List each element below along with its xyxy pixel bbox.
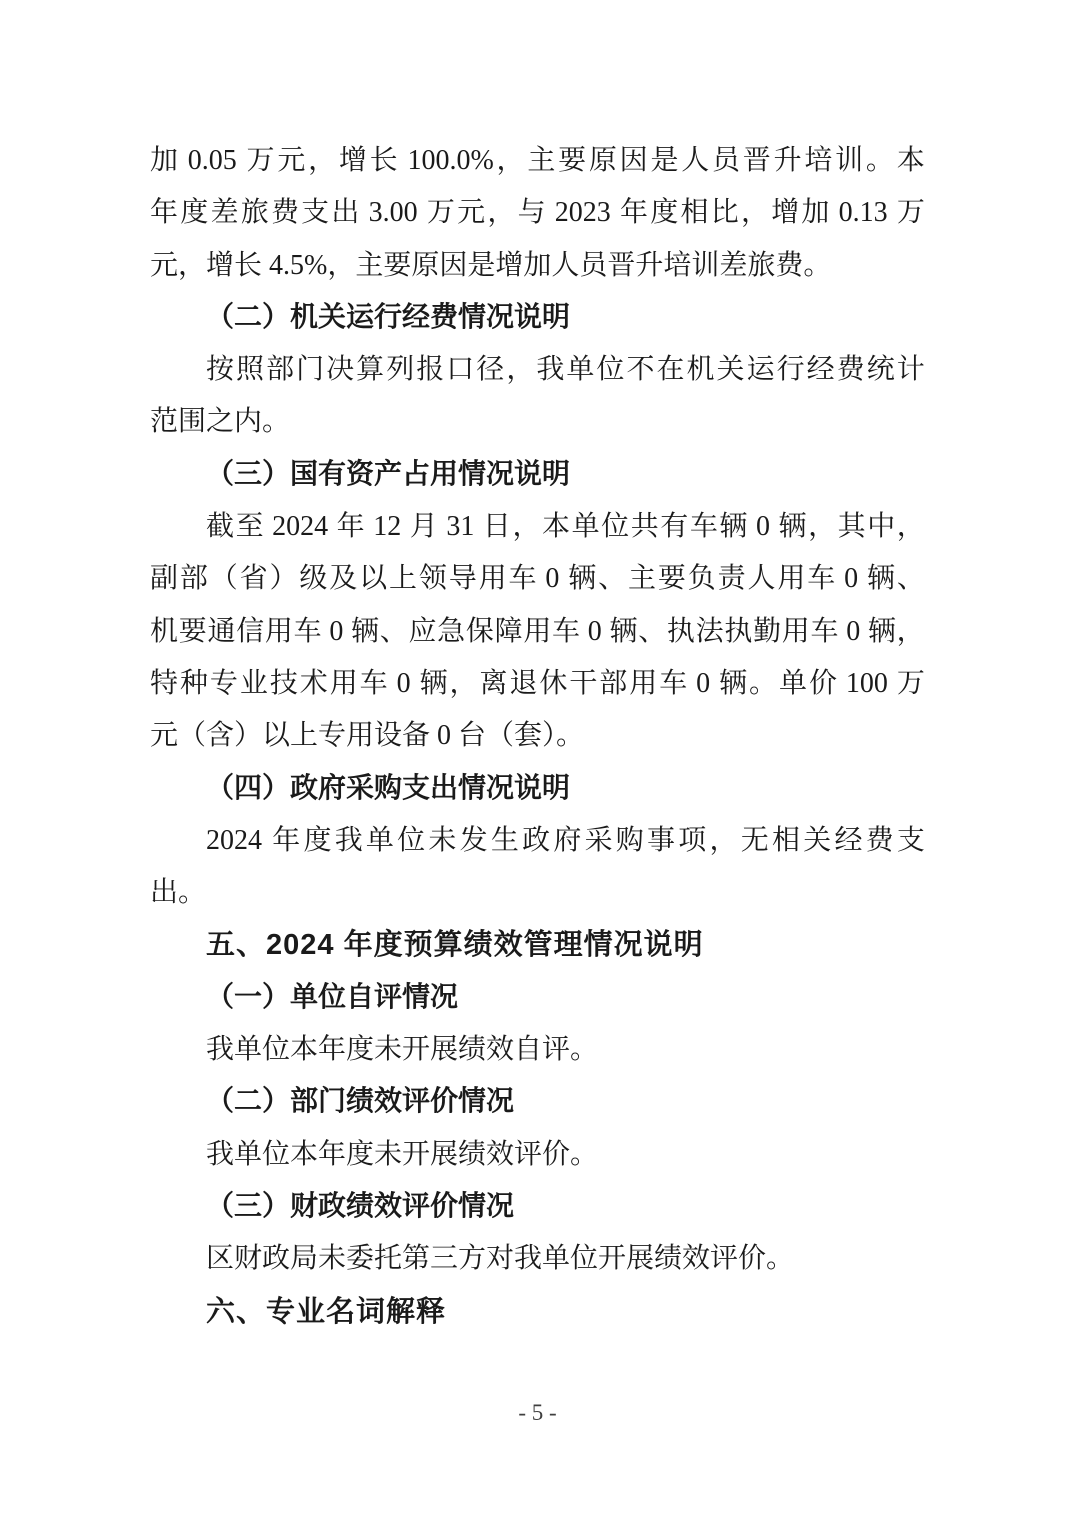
paragraph-line: 机要通信用车 0 辆、应急保障用车 0 辆、执法执勤用车 0 辆， <box>150 606 925 658</box>
text-token: 。 <box>749 658 777 710</box>
section-heading: 六、专业名词解释 <box>150 1286 925 1338</box>
text-token: 万 <box>247 135 275 187</box>
text-token: 共 <box>631 501 659 553</box>
text-token: 0 <box>322 606 350 658</box>
text-token: 长 <box>370 135 398 187</box>
text-token: 保 <box>466 606 494 658</box>
text-token: 价 <box>809 658 837 710</box>
text-token: 事 <box>647 815 675 867</box>
text-token: 经 <box>834 815 862 867</box>
text-token: ， <box>741 187 769 239</box>
text-token: 主 <box>527 135 555 187</box>
text-token: 行 <box>777 344 805 396</box>
text-token: 勤 <box>753 606 781 658</box>
text-token: 照 <box>236 344 264 396</box>
text-token: 部 <box>599 658 627 710</box>
text-token: 采 <box>585 815 613 867</box>
text-token: 与 <box>518 187 546 239</box>
text-token: 车 <box>552 606 580 658</box>
text-token: 门 <box>296 344 324 396</box>
text-token: 府 <box>553 815 581 867</box>
paragraph-line: 2024 年度我单位未发生政府采购事项，无相关经费支 <box>150 815 925 867</box>
text-token: 机 <box>687 344 715 396</box>
text-token: 我 <box>335 815 363 867</box>
text-token: 术 <box>300 658 328 710</box>
text-token: 人 <box>681 135 709 187</box>
text-token: 单 <box>566 344 594 396</box>
text-token: 增 <box>339 135 367 187</box>
paragraph-line: 区财政局未委托第三方对我单位开展绩效评价。 <box>150 1233 925 1285</box>
text-token: 位 <box>596 344 624 396</box>
text-token: 辆 <box>568 553 596 605</box>
text-token: 离 <box>479 658 507 710</box>
text-token: 障 <box>495 606 523 658</box>
text-token: 升 <box>774 135 802 187</box>
text-token: 年 <box>337 501 365 553</box>
text-token: 至 <box>236 501 264 553</box>
text-token: 在 <box>656 344 684 396</box>
text-token: 因 <box>620 135 648 187</box>
text-token: 法 <box>696 606 724 658</box>
text-token: 要 <box>558 135 586 187</box>
text-token: 用 <box>479 553 507 605</box>
text-token: 及 <box>329 553 357 605</box>
text-token: 比 <box>711 187 739 239</box>
text-token: 政 <box>522 815 550 867</box>
text-token: 100 <box>839 658 895 710</box>
text-token: 责 <box>718 553 746 605</box>
text-token: 未 <box>428 815 456 867</box>
text-token: 运 <box>747 344 775 396</box>
text-token: 万 <box>427 187 455 239</box>
text-token: 年 <box>272 815 300 867</box>
text-token: 0 <box>837 553 865 605</box>
text-token: 关 <box>803 815 831 867</box>
text-token: 按 <box>206 344 234 396</box>
text-token: 生 <box>491 815 519 867</box>
text-token: 、 <box>638 606 666 658</box>
text-token: 截 <box>206 501 234 553</box>
text-token: 车 <box>811 606 839 658</box>
text-token: 车 <box>659 658 687 710</box>
text-token: 应 <box>408 606 436 658</box>
text-token: 领 <box>419 553 447 605</box>
text-token: 辆 <box>719 501 747 553</box>
text-token: 执 <box>724 606 752 658</box>
text-token: 计 <box>897 344 925 396</box>
text-token: 决 <box>326 344 354 396</box>
section-subheading: （二）部门绩效评价情况 <box>150 1076 925 1128</box>
text-token: 干 <box>569 658 597 710</box>
text-token: 年 <box>620 187 648 239</box>
text-token: 以 <box>359 553 387 605</box>
text-token: 业 <box>240 658 268 710</box>
text-token: 31 <box>439 501 481 553</box>
text-token: 单 <box>366 815 394 867</box>
text-token: 算 <box>356 344 384 396</box>
text-token: 人 <box>747 553 775 605</box>
text-token: 要 <box>179 606 207 658</box>
text-token: 车 <box>509 553 537 605</box>
paragraph-line: 我单位本年度未开展绩效自评。 <box>150 1024 925 1076</box>
text-token: 、 <box>380 606 408 658</box>
text-token: 执 <box>667 606 695 658</box>
text-token: 统 <box>867 344 895 396</box>
text-token: 车 <box>360 658 388 710</box>
text-token: 级 <box>299 553 327 605</box>
text-token: 种 <box>180 658 208 710</box>
paragraph-line: 年度差旅费支出 3.00 万元，与 2023 年度相比，增加 0.13 万 <box>150 187 925 239</box>
text-token: ， <box>897 606 925 658</box>
text-token: 度 <box>303 815 331 867</box>
paragraph-line: 元（含）以上专用设备 0 台（套）。 <box>150 710 925 762</box>
section-subheading: （一）单位自评情况 <box>150 972 925 1024</box>
text-token: ， <box>450 658 478 710</box>
text-token: 出 <box>331 187 359 239</box>
text-token: 关 <box>717 344 745 396</box>
text-token: 训 <box>835 135 863 187</box>
text-token: 2024 <box>206 815 269 867</box>
text-token: 车 <box>294 606 322 658</box>
text-token: 购 <box>616 815 644 867</box>
section-subheading: （二）机关运行经费情况说明 <box>150 292 925 344</box>
text-token: 度 <box>180 187 208 239</box>
text-token: 培 <box>804 135 832 187</box>
text-token: 不 <box>626 344 654 396</box>
text-token: 辆 <box>867 553 895 605</box>
text-token: 是 <box>650 135 678 187</box>
paragraph-line: 加 0.05 万元，增长 100.0%，主要原因是人员晋升培训。本 <box>150 135 925 187</box>
paragraph-line: 副部（省）级及以上领导用车 0 辆、主要负责人用车 0 辆、 <box>150 553 925 605</box>
text-token: 支 <box>897 815 925 867</box>
text-token: 休 <box>539 658 567 710</box>
text-token: 其 <box>838 501 866 553</box>
text-token: ， <box>808 501 836 553</box>
text-token: 费 <box>837 344 865 396</box>
text-token: 中 <box>867 501 895 553</box>
page-number: - 5 - <box>0 1398 1075 1428</box>
text-token: 0 <box>538 553 566 605</box>
text-token: 2023 <box>548 187 618 239</box>
text-token: （ <box>210 553 238 605</box>
text-token: 度 <box>650 187 678 239</box>
text-token: 单 <box>779 658 807 710</box>
paragraph-line: 元，增长 4.5%，主要原因是增加人员晋升培训差旅费。 <box>150 240 925 292</box>
text-token: 、 <box>598 553 626 605</box>
text-token: 、 <box>897 553 925 605</box>
text-token: 用 <box>265 606 293 658</box>
text-token: 原 <box>589 135 617 187</box>
text-token: 项 <box>678 815 706 867</box>
text-token: 径 <box>476 344 504 396</box>
text-token: 加 <box>150 135 178 187</box>
text-token: ， <box>512 501 540 553</box>
text-token: 相 <box>680 187 708 239</box>
text-token: 有 <box>660 501 688 553</box>
text-token: 万 <box>897 658 925 710</box>
text-token: 单 <box>572 501 600 553</box>
text-token: 我 <box>536 344 564 396</box>
text-token: 元 <box>277 135 305 187</box>
text-token: 上 <box>389 553 417 605</box>
text-token: ， <box>497 135 525 187</box>
document-body: 加 0.05 万元，增长 100.0%，主要原因是人员晋升培训。本年度差旅费支出… <box>150 135 925 1338</box>
text-token: 急 <box>437 606 465 658</box>
text-token: 报 <box>416 344 444 396</box>
text-token: 元 <box>457 187 485 239</box>
text-token: 100.0% <box>400 135 493 187</box>
text-token: 要 <box>658 553 686 605</box>
text-token: 部 <box>180 553 208 605</box>
paragraph-line: 范围之内。 <box>150 396 925 448</box>
text-token: 技 <box>270 658 298 710</box>
text-token: 辆 <box>779 501 807 553</box>
text-token: 12 <box>366 501 408 553</box>
text-token: 负 <box>688 553 716 605</box>
text-token: 员 <box>712 135 740 187</box>
text-token: 位 <box>397 815 425 867</box>
text-token: 用 <box>629 658 657 710</box>
text-token: ） <box>270 553 298 605</box>
text-token: 退 <box>509 658 537 710</box>
text-token: ， <box>710 815 738 867</box>
section-subheading: （三）国有资产占用情况说明 <box>150 449 925 501</box>
paragraph-line: 截至 2024 年 12 月 31 日，本单位共有车辆 0 辆，其中， <box>150 501 925 553</box>
text-token: 差 <box>210 187 238 239</box>
text-token: 本 <box>897 135 925 187</box>
text-token: 年 <box>150 187 178 239</box>
text-token: 专 <box>210 658 238 710</box>
text-token: 0.13 <box>832 187 895 239</box>
text-token: 加 <box>801 187 829 239</box>
text-token: ， <box>487 187 515 239</box>
paragraph-line: 出。 <box>150 867 925 919</box>
text-token: 特 <box>150 658 178 710</box>
text-token: 位 <box>601 501 629 553</box>
text-token: ， <box>897 501 925 553</box>
text-token: 副 <box>150 553 178 605</box>
section-subheading: （三）财政绩效评价情况 <box>150 1181 925 1233</box>
paragraph-line: 按照部门决算列报口径，我单位不在机关运行经费统计 <box>150 344 925 396</box>
text-token: 3.00 <box>362 187 425 239</box>
text-token: 晋 <box>743 135 771 187</box>
paragraph-line: 我单位本年度未开展绩效评价。 <box>150 1129 925 1181</box>
text-token: 增 <box>771 187 799 239</box>
text-token: 通 <box>207 606 235 658</box>
paragraph-line: 特种专业技术用车 0 辆，离退休干部用车 0 辆。单价 100 万 <box>150 658 925 710</box>
text-token: 辆 <box>719 658 747 710</box>
text-token: 0 <box>749 501 777 553</box>
text-token: ， <box>308 135 336 187</box>
text-token: 用 <box>330 658 358 710</box>
text-token: 车 <box>690 501 718 553</box>
text-token: 信 <box>236 606 264 658</box>
text-token: 辆 <box>868 606 896 658</box>
text-token: 口 <box>446 344 474 396</box>
text-token: 用 <box>523 606 551 658</box>
text-token: 2024 <box>265 501 335 553</box>
text-token: 。 <box>866 135 894 187</box>
text-token: 费 <box>271 187 299 239</box>
text-token: 费 <box>866 815 894 867</box>
section-heading: 五、2024 年度预算绩效管理情况说明 <box>150 919 925 971</box>
document-page: 加 0.05 万元，增长 100.0%，主要原因是人员晋升培训。本年度差旅费支出… <box>0 0 1075 1520</box>
text-token: 导 <box>449 553 477 605</box>
text-token: 0 <box>839 606 867 658</box>
text-token: 无 <box>741 815 769 867</box>
text-token: 车 <box>807 553 835 605</box>
text-token: 辆 <box>609 606 637 658</box>
text-token: 机 <box>150 606 178 658</box>
text-token: 主 <box>628 553 656 605</box>
text-token: 本 <box>542 501 570 553</box>
text-token: 发 <box>460 815 488 867</box>
text-token: 用 <box>782 606 810 658</box>
text-token: 0 <box>390 658 418 710</box>
text-token: ， <box>506 344 534 396</box>
text-token: 辆 <box>351 606 379 658</box>
text-token: 0.05 <box>181 135 244 187</box>
text-token: 支 <box>301 187 329 239</box>
text-token: 用 <box>777 553 805 605</box>
text-token: 0 <box>581 606 609 658</box>
text-token: 日 <box>483 501 511 553</box>
text-token: 旅 <box>241 187 269 239</box>
text-token: 列 <box>386 344 414 396</box>
text-token: 相 <box>772 815 800 867</box>
text-token: 经 <box>807 344 835 396</box>
text-token: 辆 <box>420 658 448 710</box>
text-token: 月 <box>410 501 438 553</box>
text-token: 省 <box>240 553 268 605</box>
text-token: 部 <box>266 344 294 396</box>
section-subheading: （四）政府采购支出情况说明 <box>150 763 925 815</box>
text-token: 0 <box>689 658 717 710</box>
text-token: 万 <box>897 187 925 239</box>
